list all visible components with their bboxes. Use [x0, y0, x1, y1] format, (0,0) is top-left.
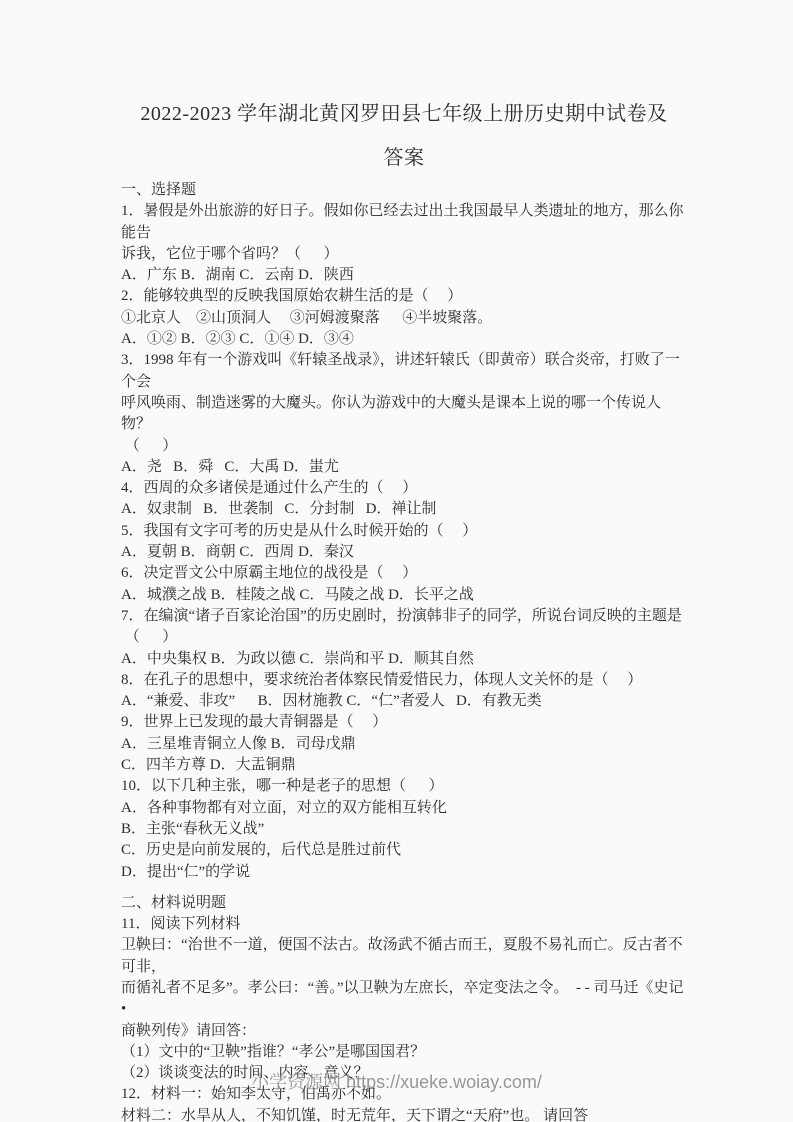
- question-2-options: A．①② B．②③ C．①④ D．③④: [121, 329, 687, 350]
- section-2-heading: 二、材料说明题: [121, 893, 687, 914]
- question-10-option-c: C．历史是向前发展的，后代总是胜过前代: [121, 840, 687, 861]
- footer-watermark: 小学资源网 https://xueke.woiay.com/: [0, 1068, 793, 1094]
- question-3-options: A．尧 B．舜 C．大禹 D．蚩尤: [121, 457, 687, 478]
- document-body: 一、选择题 1．暑假是外出旅游的好日子。假如你已经去过出土我国最早人类遗址的地方…: [121, 180, 687, 1122]
- footer-text: 小学资源网 https://xueke.woiay.com/: [251, 1072, 542, 1092]
- question-6: 6．决定晋文公中原霸主地位的战役是（ ） A．城濮之战 B．桂陵之战 C．马陵之…: [121, 563, 687, 606]
- question-12-material-2: 材料二：水旱从人，不知饥馑，时无荒年，天下谓之“天府”也。 请回答: [121, 1106, 687, 1122]
- question-10-option-a: A．各种事物都有对立面，对立的双方能相互转化: [121, 798, 687, 819]
- question-11-material: 商鞅列传》请回答：: [121, 1021, 687, 1042]
- question-11-material: 卫鞅曰：“治世不一道，便国不法古。故汤武不循古而王，夏殷不易礼而亡。反古者不可非…: [121, 935, 687, 978]
- question-11-material: 而循礼者不足多”。孝公曰：“善。”以卫鞅为左庶长，卒定变法之令。 - - 司马迁…: [121, 978, 687, 1021]
- question-9-options: C．四羊方尊 D．大盂铜鼎: [121, 755, 687, 776]
- question-11-subquestion-1: （1）文中的“卫鞅”指谁？“孝公”是哪国国君？: [121, 1042, 687, 1063]
- question-7-options: A．中央集权 B．为政以德 C．崇尚和平 D．顺其自然: [121, 649, 687, 670]
- question-5-options: A．夏朝 B．商朝 C．西周 D．秦汉: [121, 542, 687, 563]
- question-5-text: 5．我国有文字可考的历史是从什么时候开始的（ ）: [121, 521, 687, 542]
- question-3-text: 3．1998 年有一个游戏叫《轩辕圣战录》，讲述轩辕氏（即黄帝）联合炎帝，打败了…: [121, 350, 687, 393]
- question-2: 2．能够较典型的反映我国原始农耕生活的是（ ） ①北京人 ②山顶洞人 ③河姆渡聚…: [121, 286, 687, 350]
- question-9: 9．世界上已发现的最大青铜器是（ ） A．三星堆青铜立人像 B．司母戊鼎 C．四…: [121, 712, 687, 776]
- document-page: 2022-2023 学年湖北黄冈罗田县七年级上册历史期中试卷及 答案 一、选择题…: [0, 0, 793, 1122]
- question-10: 10．以下几种主张，哪一种是老子的思想（ ） A．各种事物都有对立面，对立的双方…: [121, 776, 687, 882]
- page-title: 2022-2023 学年湖北黄冈罗田县七年级上册历史期中试卷及 答案: [121, 0, 687, 180]
- question-2-items: ①北京人 ②山顶洞人 ③河姆渡聚落 ④半坡聚落。: [121, 308, 687, 329]
- section-multiple-choice: 一、选择题 1．暑假是外出旅游的好日子。假如你已经去过出土我国最早人类遗址的地方…: [121, 180, 687, 883]
- question-3-blank: （ ）: [121, 436, 687, 457]
- question-2-text: 2．能够较典型的反映我国原始农耕生活的是（ ）: [121, 286, 687, 307]
- question-10-option-d: D．提出“仁”的学说: [121, 862, 687, 883]
- question-10-text: 10．以下几种主张，哪一种是老子的思想（ ）: [121, 776, 687, 797]
- question-11: 11．阅读下列材料 卫鞅曰：“治世不一道，便国不法古。故汤武不循古而王，夏殷不易…: [121, 914, 687, 1084]
- document-content: 2022-2023 学年湖北黄冈罗田县七年级上册历史期中试卷及 答案 一、选择题…: [121, 0, 687, 1122]
- question-4-text: 4．西周的众多诸侯是通过什么产生的（ ）: [121, 478, 687, 499]
- question-1-text: 1．暑假是外出旅游的好日子。假如你已经去过出土我国最早人类遗址的地方，那么你能告: [121, 201, 687, 244]
- question-3-text: 呼风唤雨、制造迷雾的大魔头。你认为游戏中的大魔头是课本上说的哪一个传说人物？: [121, 393, 687, 436]
- question-7-text: 7．在编演“诸子百家论治国”的历史剧时，扮演韩非子的同学，所说台词反映的主题是: [121, 606, 687, 627]
- question-8-options: A．“兼爱、非攻” B．因材施教 C．“仁”者爱人 D．有教无类: [121, 691, 687, 712]
- question-6-text: 6．决定晋文公中原霸主地位的战役是（ ）: [121, 563, 687, 584]
- section-1-heading: 一、选择题: [121, 180, 687, 201]
- question-8-text: 8．在孔子的思想中，要求统治者体察民情爱惜民力，体现人文关怀的是（ ）: [121, 670, 687, 691]
- question-9-text: 9．世界上已发现的最大青铜器是（ ）: [121, 712, 687, 733]
- question-3: 3．1998 年有一个游戏叫《轩辕圣战录》，讲述轩辕氏（即黄帝）联合炎帝，打败了…: [121, 350, 687, 478]
- question-7: 7．在编演“诸子百家论治国”的历史剧时，扮演韩非子的同学，所说台词反映的主题是 …: [121, 606, 687, 670]
- question-8: 8．在孔子的思想中，要求统治者体察民情爱惜民力，体现人文关怀的是（ ） A．“兼…: [121, 670, 687, 713]
- question-10-option-b: B．主张“春秋无义战”: [121, 819, 687, 840]
- question-4-options: A．奴隶制 B．世袭制 C．分封制 D．禅让制: [121, 499, 687, 520]
- question-7-blank: （ ）: [121, 627, 687, 648]
- question-1: 1．暑假是外出旅游的好日子。假如你已经去过出土我国最早人类遗址的地方，那么你能告…: [121, 201, 687, 286]
- title-line-1: 2022-2023 学年湖北黄冈罗田县七年级上册历史期中试卷及: [121, 92, 687, 136]
- question-11-text: 11．阅读下列材料: [121, 914, 687, 935]
- question-1-options: A．广东 B．湖南 C．云南 D．陕西: [121, 265, 687, 286]
- question-4: 4．西周的众多诸侯是通过什么产生的（ ） A．奴隶制 B．世袭制 C．分封制 D…: [121, 478, 687, 521]
- question-6-options: A．城濮之战 B．桂陵之战 C．马陵之战 D．长平之战: [121, 585, 687, 606]
- question-5: 5．我国有文字可考的历史是从什么时候开始的（ ） A．夏朝 B．商朝 C．西周 …: [121, 521, 687, 564]
- title-line-2: 答案: [121, 136, 687, 180]
- question-1-text: 诉我，它位于哪个省吗？（ ）: [121, 244, 687, 265]
- question-9-options: A．三星堆青铜立人像 B．司母戊鼎: [121, 734, 687, 755]
